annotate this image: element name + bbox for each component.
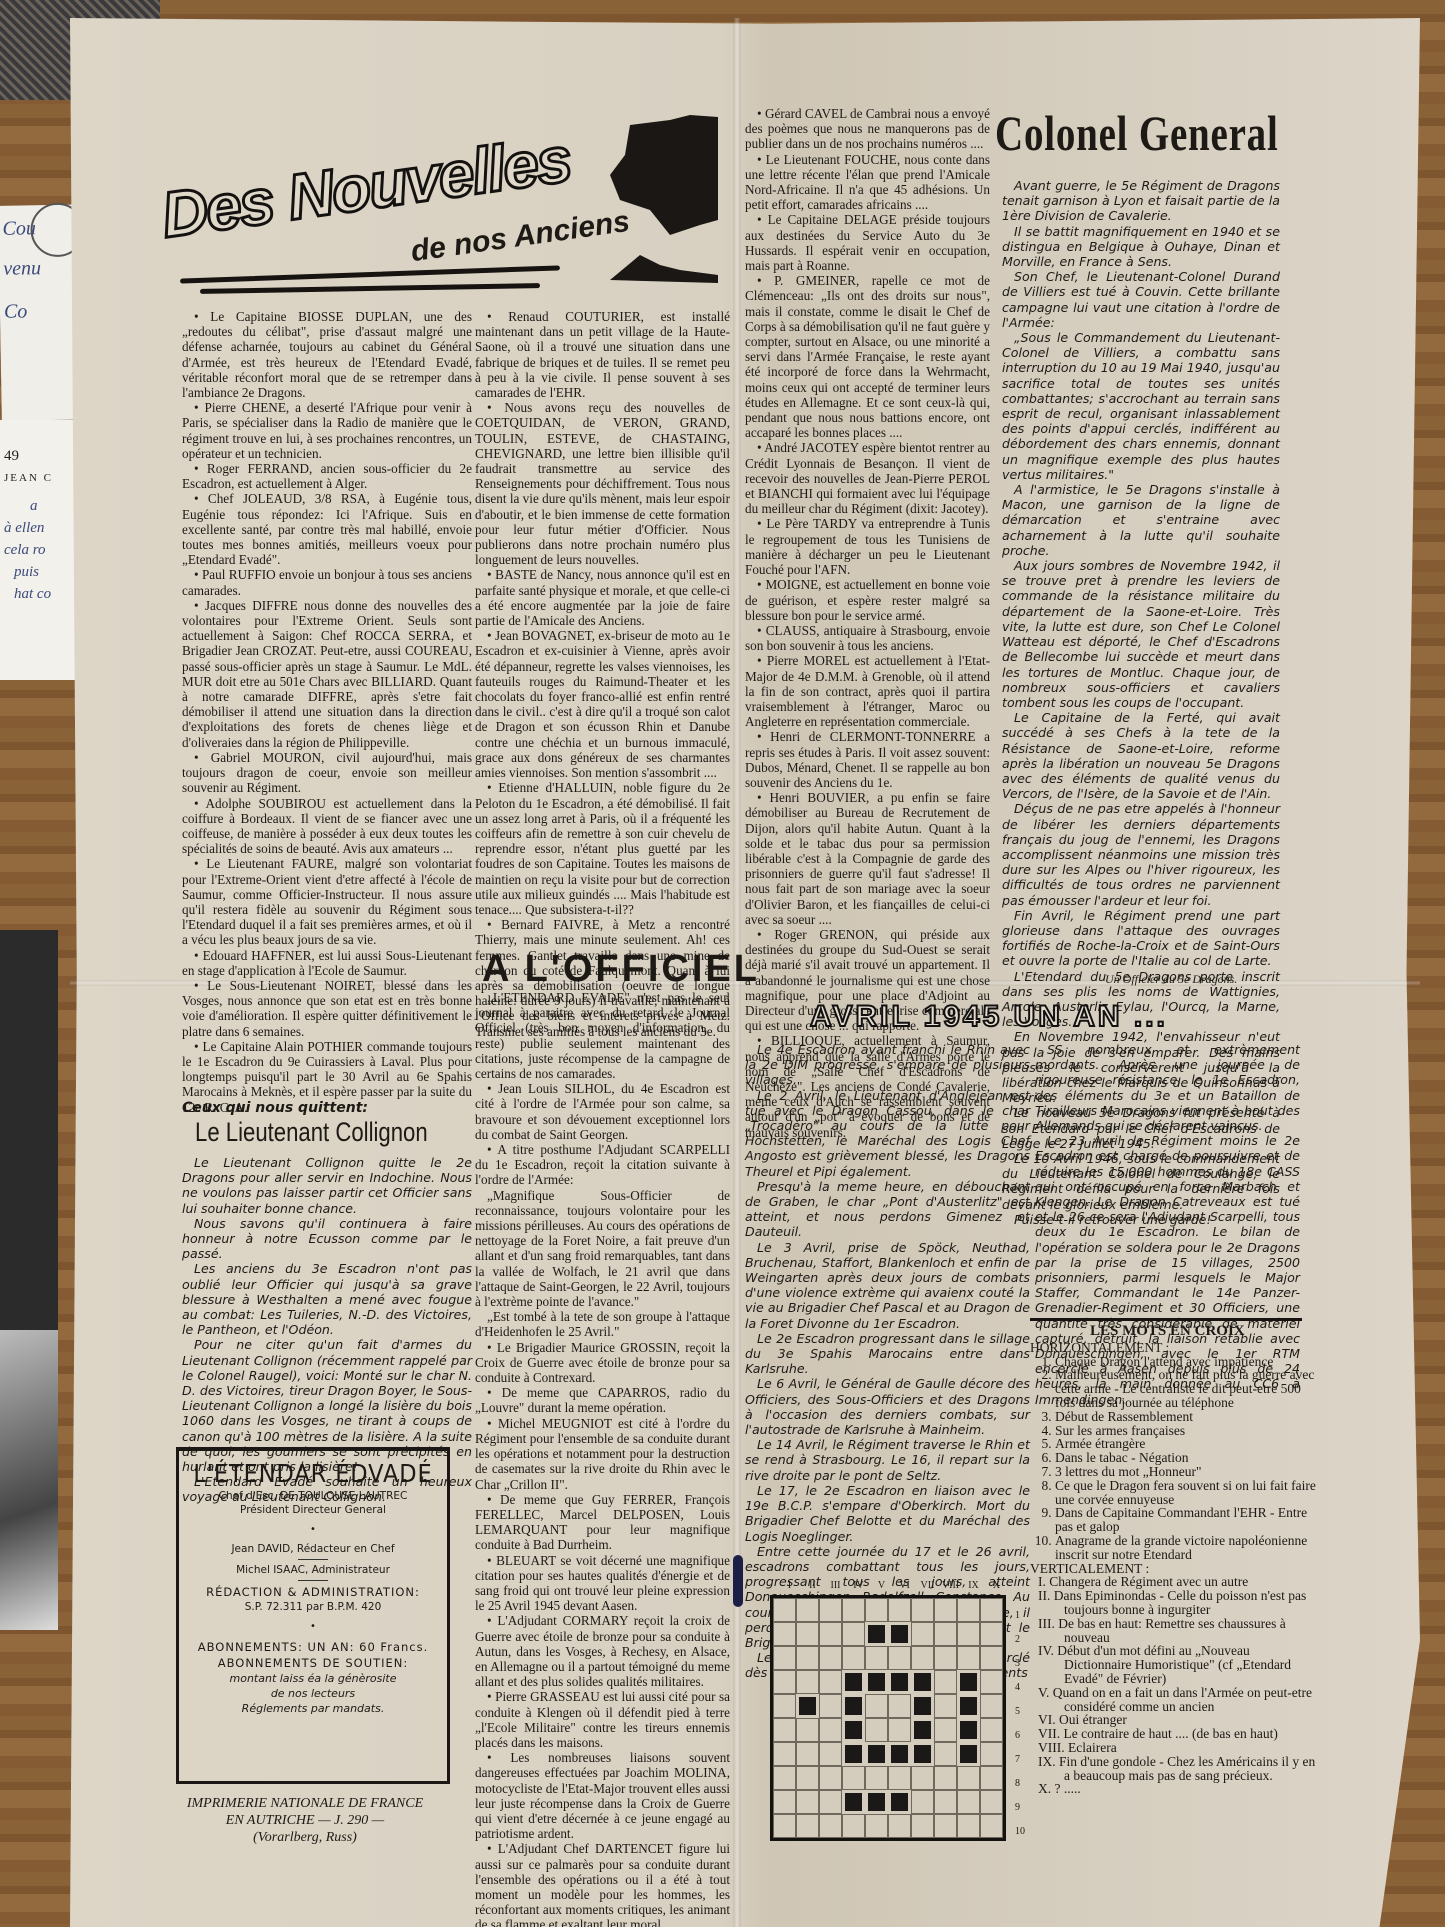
article-signature: Un Officier du 5e Dragons.	[1105, 972, 1237, 987]
crossword-cell[interactable]	[796, 1598, 819, 1622]
crossword-cell[interactable]	[934, 1670, 957, 1694]
paragraph: Le 17, le 2e Escadron en liaison avec le…	[745, 1483, 1030, 1544]
crossword-cell[interactable]	[796, 1790, 819, 1814]
crossword-cell[interactable]	[934, 1718, 957, 1742]
crossword-cell[interactable]	[819, 1598, 842, 1622]
crossword-cell[interactable]	[819, 1718, 842, 1742]
ink-mark	[733, 1555, 743, 1607]
article-heading-avril-1945: AVRIL 1945 UN AN ...	[810, 1000, 1168, 1034]
crossword-cell[interactable]	[796, 1742, 819, 1766]
section-kicker: Ceux qui nous quittent:	[182, 1100, 368, 1116]
payment-note: Réglements par mandats.	[179, 1702, 447, 1715]
crossword-cell[interactable]	[980, 1598, 1003, 1622]
masthead-swoosh	[200, 283, 540, 294]
paragraph: • De meme que Guy FERRER, François FEREL…	[475, 1492, 730, 1553]
crossword-cell[interactable]	[934, 1814, 957, 1838]
crossword-black-cell[interactable]	[842, 1790, 865, 1814]
administrator: Michel ISAAC, Administrateur	[179, 1564, 447, 1576]
clue: VII. Le contraire de haut .... (de bas e…	[1030, 1727, 1320, 1741]
paragraph: Le 2e Escadron progressant dans le silla…	[745, 1331, 1030, 1377]
news-item: • Le Capitaine BIOSSE DUPLAN, une des „r…	[182, 309, 472, 400]
address: S.P. 72.311 par B.P.M. 420	[179, 1601, 447, 1613]
paragraph: Le 14 Avril, le Régiment traverse le Rhi…	[745, 1437, 1030, 1483]
crossword-cell[interactable]	[796, 1814, 819, 1838]
crossword-cell[interactable]	[773, 1670, 796, 1694]
row-label: 3	[1015, 1652, 1025, 1676]
news-item: • Chef JOLEAUD, 3/8 RSA, à Eugénie tous,…	[182, 491, 472, 567]
news-item: • Nous avons reçu des nouvelles de COETQ…	[475, 400, 730, 567]
crossword-black-cell[interactable]	[888, 1622, 911, 1646]
crossword-cell[interactable]	[980, 1814, 1003, 1838]
column-label: V	[870, 1580, 893, 1591]
crossword-cell[interactable]	[888, 1694, 911, 1718]
column-label: IX	[962, 1580, 985, 1591]
paragraph: SS nombreux et extrèmement mordants. Apr…	[1035, 1042, 1300, 1133]
clue: Armée étrangère	[1055, 1437, 1320, 1451]
crossword-cell[interactable]	[957, 1790, 980, 1814]
news-item: • André JACOTEY espère bientot rentrer a…	[745, 440, 990, 516]
crossword-cell[interactable]	[773, 1814, 796, 1838]
clue: VIII. Eclairera	[1030, 1741, 1320, 1755]
director: Chef d'Esc. DE TOULOUSE LAUTREC	[179, 1490, 447, 1502]
paragraph: „L'ETENDARD EVADE" n'est pas le seul jou…	[475, 990, 730, 1081]
paragraph: Avant guerre, le 5e Régiment de Dragons …	[1002, 178, 1280, 224]
row-label: 6	[1015, 1724, 1025, 1748]
director-role: Président Directeur General	[179, 1504, 447, 1516]
clue: Chaque Dragon l'attend avec impatience	[1055, 1355, 1320, 1369]
crossword-cell[interactable]	[773, 1742, 796, 1766]
masthead-subtitle: de nos Anciens	[409, 205, 632, 269]
paragraph: Le 4e Escadron ayant franchi le Rhin ave…	[745, 1042, 1030, 1088]
news-item: • Le Lieutenant FAURE, malgré son volont…	[182, 856, 472, 947]
crossword-cell[interactable]	[773, 1646, 796, 1670]
crossword-cell[interactable]	[980, 1742, 1003, 1766]
publication-masthead-box: L'ÉTENDAR ÉDVADÉ Chef d'Esc. DE TOULOUSE…	[176, 1447, 450, 1784]
crossword-cell[interactable]	[911, 1814, 934, 1838]
crossword-cell[interactable]	[934, 1646, 957, 1670]
article-heading-collignon: Le Lieutenant Collignon	[195, 1117, 428, 1148]
clue: II. Dans Epiminondas - Celle du poisson …	[1030, 1589, 1320, 1617]
crossword-black-cell[interactable]	[865, 1742, 888, 1766]
column-label: X	[985, 1580, 1008, 1591]
column-label: VI	[893, 1580, 916, 1591]
news-item: • Le Sous-Lieutenant NOIRET, blessé dans…	[182, 978, 472, 1039]
crossword-black-cell[interactable]	[842, 1742, 865, 1766]
crossword-cell[interactable]	[773, 1598, 796, 1622]
column-news-1: • Le Capitaine BIOSSE DUPLAN, une des „r…	[182, 309, 472, 1115]
crossword-cell[interactable]	[796, 1670, 819, 1694]
crossword-cell[interactable]	[911, 1598, 934, 1622]
row-label: 4	[1015, 1676, 1025, 1700]
paragraph: Le 3 Avril, prise de Spöck, Neuthad, Bru…	[745, 1240, 1030, 1331]
news-item: • Jacques DIFFRE nous donne des nouvelle…	[182, 598, 472, 750]
imprint-line: IMPRIMERIE NATIONALE DE FRANCE	[160, 1795, 450, 1812]
crossword-clues: LES MOTS EN CROIX HORIZONTALEMENT : Chaq…	[1030, 1325, 1320, 1796]
crossword-cell[interactable]	[819, 1646, 842, 1670]
crossword-black-cell[interactable]	[957, 1694, 980, 1718]
crossword-cell[interactable]	[819, 1742, 842, 1766]
crossword-cell[interactable]	[957, 1766, 980, 1790]
crossword-cell[interactable]	[796, 1718, 819, 1742]
crossword-cell[interactable]	[911, 1622, 934, 1646]
news-item: • Gérard CAVEL de Cambrai nous a envoyé …	[745, 106, 990, 152]
row-label: 9	[1015, 1796, 1025, 1820]
crossword-black-cell[interactable]	[957, 1742, 980, 1766]
news-item: • Adolphe SOUBIROU est actuellement dans…	[182, 796, 472, 857]
column-label: VII	[916, 1580, 939, 1591]
paragraph: • Michel MEUGNIOT est cité à l'ordre du …	[475, 1416, 730, 1492]
column-label: VIII	[939, 1580, 962, 1591]
crossword-black-cell[interactable]	[865, 1622, 888, 1646]
news-item: • Paul RUFFIO envoie un bonjour à tous s…	[182, 567, 472, 597]
crossword-cell[interactable]	[980, 1718, 1003, 1742]
crossword-cell[interactable]	[957, 1622, 980, 1646]
photograph-edge	[0, 1330, 58, 1630]
crossword-cell[interactable]	[980, 1646, 1003, 1670]
address-label: RÉDACTION & ADMINISTRATION:	[179, 1585, 447, 1599]
paragraph: Nous savons qu'il continuera à faire hon…	[182, 1216, 472, 1262]
crossword-cell[interactable]	[842, 1766, 865, 1790]
paragraph: Le 6 Avril, le Général de Gaulle décore …	[745, 1376, 1030, 1437]
crossword-black-cell[interactable]	[911, 1670, 934, 1694]
crossword-cell[interactable]	[911, 1766, 934, 1790]
crossword-cell[interactable]	[865, 1598, 888, 1622]
paragraph: Le 2 Avril, le Lieutenant d'Anglejean es…	[745, 1088, 1030, 1179]
news-item: • Pierre CHENE, a deserté l'Afrique pour…	[182, 400, 472, 461]
crossword-black-cell[interactable]	[957, 1670, 980, 1694]
crossword-cell[interactable]	[934, 1694, 957, 1718]
subscription-price: ABONNEMENTS: UN AN: 60 Francs.	[179, 1640, 447, 1654]
bullet: •	[179, 1524, 447, 1535]
news-item: • Le Capitaine DELAGE préside toujours a…	[745, 212, 990, 273]
column-label: II	[801, 1580, 824, 1591]
clue: 3 lettres du mot „Honneur"	[1055, 1465, 1320, 1479]
crossword-grid	[770, 1595, 1006, 1841]
paragraph: Son Chef, le Lieutenant-Colonel Durand d…	[1002, 269, 1280, 330]
publication-name: L'ÉTENDAR ÉDVADÉ	[192, 1459, 433, 1488]
clue: I. Changera de Régiment avec un autre	[1030, 1575, 1320, 1589]
paragraph: Aux jours sombres de Novembre 1942, il s…	[1002, 558, 1280, 710]
crossword-cell[interactable]	[773, 1790, 796, 1814]
crossword-cell[interactable]	[865, 1814, 888, 1838]
crossword-cell[interactable]	[980, 1766, 1003, 1790]
crossword-row-labels: 12345678910	[1015, 1604, 1025, 1844]
paragraph: „Magnifique Sous-Officier de reconnaissa…	[475, 1188, 730, 1310]
crossword-cell[interactable]	[865, 1694, 888, 1718]
news-item: • Jean BOVAGNET, ex-briseur de moto au 1…	[475, 628, 730, 780]
crossword-column-labels: IIIIIIIVVVIVIIVIIIIXX	[778, 1580, 1008, 1591]
crossword-black-cell[interactable]	[911, 1742, 934, 1766]
france-map-icon	[600, 115, 720, 285]
row-label: 8	[1015, 1772, 1025, 1796]
crossword-cell[interactable]	[888, 1598, 911, 1622]
crossword-cell[interactable]	[842, 1622, 865, 1646]
editor: Jean DAVID, Rédacteur en Chef	[179, 1543, 447, 1555]
crossword-cell[interactable]	[773, 1718, 796, 1742]
imprint-line: EN AUTRICHE — J. 290 —	[160, 1812, 450, 1829]
news-item: • Etienne d'HALLUIN, noble figure du 2e …	[475, 780, 730, 917]
crossword-cell[interactable]	[957, 1598, 980, 1622]
crossword-black-cell[interactable]	[957, 1718, 980, 1742]
news-item: • CLAUSS, antiquaire à Strasbourg, envoi…	[745, 623, 990, 653]
crossword-black-cell[interactable]	[911, 1694, 934, 1718]
crossword-cell[interactable]	[796, 1766, 819, 1790]
article-heading-officiel: A L'OFFICIEL	[482, 948, 760, 991]
paragraph: • Pierre GRASSEAU est lui aussi cité pou…	[475, 1689, 730, 1750]
column-label: III	[824, 1580, 847, 1591]
crossword-cell[interactable]	[773, 1766, 796, 1790]
crossword-cell[interactable]	[957, 1814, 980, 1838]
vertical-label: VERTICALEMENT :	[1030, 1562, 1320, 1576]
crossword-cell[interactable]	[796, 1622, 819, 1646]
news-item: • BASTE de Nancy, nous annonce qu'il est…	[475, 567, 730, 628]
crossword-cell[interactable]	[911, 1646, 934, 1670]
crossword-cell[interactable]	[819, 1766, 842, 1790]
crossword-cell[interactable]	[865, 1718, 888, 1742]
masthead-swoosh	[180, 265, 560, 283]
crossword-black-cell[interactable]	[842, 1718, 865, 1742]
paragraph: • BLEUART se voit décerné une magnifique…	[475, 1553, 730, 1614]
crossword-cell[interactable]	[934, 1766, 957, 1790]
crossword-cell[interactable]	[773, 1622, 796, 1646]
crossword-cell[interactable]	[842, 1814, 865, 1838]
support-text: montant laiss éa la génèrosite	[179, 1672, 447, 1685]
crossword-black-cell[interactable]	[911, 1718, 934, 1742]
article-officiel: „L'ETENDARD EVADE" n'est pas le seul jou…	[475, 990, 730, 1927]
crossword-title: LES MOTS EN CROIX	[1090, 1325, 1320, 1339]
clue: Anagrame de la grande victoire napoléoni…	[1055, 1534, 1320, 1562]
crossword-cell[interactable]	[842, 1646, 865, 1670]
crossword-black-cell[interactable]	[865, 1670, 888, 1694]
clue: VI. Oui étranger	[1030, 1713, 1320, 1727]
news-item: • MOIGNE, est actuellement en bonne voie…	[745, 577, 990, 623]
crossword-cell[interactable]	[819, 1790, 842, 1814]
crossword-cell[interactable]	[888, 1718, 911, 1742]
crossword-cell[interactable]	[980, 1622, 1003, 1646]
paragraph: • Les nombreuses liaisons souvent danger…	[475, 1750, 730, 1841]
bullet: •	[179, 1621, 447, 1632]
clue: Sur les armes françaises	[1055, 1424, 1320, 1438]
news-item: • Pierre MOREL est actuellement à l'Etat…	[745, 653, 990, 729]
crossword-black-cell[interactable]	[796, 1694, 819, 1718]
crossword-black-cell[interactable]	[842, 1694, 865, 1718]
paragraph: Le Capitaine de la Ferté, qui avait succ…	[1002, 710, 1280, 801]
crossword-cell[interactable]	[957, 1646, 980, 1670]
paragraph: A l'armistice, le 5e Dragons s'installe …	[1002, 482, 1280, 558]
clue: X. ? .....	[1030, 1782, 1320, 1796]
crossword-black-cell[interactable]	[888, 1790, 911, 1814]
section-border	[1030, 1318, 1302, 1321]
crossword-cell[interactable]	[842, 1598, 865, 1622]
crossword-cell[interactable]	[865, 1646, 888, 1670]
crossword-cell[interactable]	[934, 1790, 957, 1814]
column-label: IV	[847, 1580, 870, 1591]
column-label: I	[778, 1580, 801, 1591]
row-label: 10	[1015, 1820, 1025, 1844]
row-label: 7	[1015, 1748, 1025, 1772]
divider	[298, 1559, 328, 1560]
crossword-cell[interactable]	[888, 1814, 911, 1838]
clue: Dans le tabac - Négation	[1055, 1451, 1320, 1465]
paragraph: Les anciens du 3e Escadron n'ont pas oub…	[182, 1261, 472, 1337]
column-news-2: • Renaud COUTURIER, est installé mainten…	[475, 309, 730, 1039]
crossword-cell[interactable]	[911, 1790, 934, 1814]
clue: Malheureusement, on ne fait plus la guer…	[1055, 1368, 1320, 1409]
crossword-cell[interactable]	[819, 1622, 842, 1646]
crossword-black-cell[interactable]	[842, 1670, 865, 1694]
news-item: • Le Lieutenant FOUCHE, nous conte dans …	[745, 152, 990, 213]
crossword-cell[interactable]	[980, 1670, 1003, 1694]
paragraph: Presqu'à la meme heure, en débouchant de…	[745, 1179, 1030, 1240]
crossword-cell[interactable]	[865, 1766, 888, 1790]
news-item: • Roger FERRAND, ancien sous-officier du…	[182, 461, 472, 491]
news-item: • Edouard HAFFNER, est lui aussi Sous-Li…	[182, 948, 472, 978]
paragraph: Il se battit magnifiquement en 1940 et s…	[1002, 224, 1280, 270]
clue: Début de Rassemblement	[1055, 1410, 1320, 1424]
paragraph: Fin Avril, le Régiment prend une part gl…	[1002, 908, 1280, 969]
news-item: • Renaud COUTURIER, est installé mainten…	[475, 309, 730, 400]
crossword-cell[interactable]	[819, 1814, 842, 1838]
crossword-black-cell[interactable]	[865, 1790, 888, 1814]
paragraph: Déçus de ne pas etre appelés à l'honneur…	[1002, 801, 1280, 907]
crossword-cell[interactable]	[819, 1694, 842, 1718]
paragraph: „Sous le Commandement du Lieutenant-Colo…	[1002, 330, 1280, 482]
paragraph: • De meme que CAPARROS, radio du „Louvre…	[475, 1385, 730, 1415]
crossword-cell[interactable]	[819, 1670, 842, 1694]
support-label: ABONNEMENTS DE SOUTIEN:	[179, 1656, 447, 1670]
crossword-black-cell[interactable]	[888, 1670, 911, 1694]
clue: V. Quand on en a fait un dans l'Armée on…	[1030, 1686, 1320, 1714]
divider	[298, 1580, 328, 1581]
vertical-clues: I. Changera de Régiment avec un autreII.…	[1030, 1575, 1320, 1796]
paragraph: • A titre posthume l'Adjudant SCARPELLI …	[475, 1142, 730, 1188]
horizontal-label: HORIZONTALEMENT :	[1030, 1341, 1320, 1355]
crossword-cell[interactable]	[934, 1742, 957, 1766]
crossword-cell[interactable]	[888, 1646, 911, 1670]
crossword-cell[interactable]	[796, 1646, 819, 1670]
clue: IX. Fin d'une gondole - Chez les América…	[1030, 1755, 1320, 1783]
news-item: • Henri de CLERMONT-TONNERRE a repris se…	[745, 729, 990, 790]
news-item: • Le Père TARDY va entreprendre à Tunis …	[745, 516, 990, 577]
paragraph: Le Lieutenant Collignon quitte le 2e Dra…	[182, 1155, 472, 1216]
imprint-line: (Vorarlberg, Russ)	[160, 1829, 450, 1846]
printer-imprint: IMPRIMERIE NATIONALE DE FRANCE EN AUTRIC…	[160, 1795, 450, 1846]
news-item: • Gabriel MOURON, civil aujourd'hui, mai…	[182, 750, 472, 796]
paragraph: „Est tombé à la tete de son groupe à l'a…	[475, 1309, 730, 1339]
paragraph: • Le Brigadier Maurice GROSSIN, reçoit l…	[475, 1340, 730, 1386]
horizontal-clues: Chaque Dragon l'attend avec impatienceMa…	[1030, 1355, 1320, 1562]
crossword-black-cell[interactable]	[888, 1742, 911, 1766]
crossword-cell[interactable]	[934, 1598, 957, 1622]
crossword-cell[interactable]	[934, 1622, 957, 1646]
row-label: 2	[1015, 1628, 1025, 1652]
paragraph: • L'Adjudant Chef DARTENCET figure lui a…	[475, 1841, 730, 1927]
crossword-puzzle: IIIIIIIVVVIVIIVIIIIXX 12345678910	[770, 1580, 1008, 1841]
paragraph: • Jean Louis SILHOL, du 4e Escadron est …	[475, 1081, 730, 1142]
crossword-cell[interactable]	[773, 1694, 796, 1718]
crossword-cell[interactable]	[888, 1766, 911, 1790]
news-item: • P. GMEINER, rapelle ce mot de Clémence…	[745, 273, 990, 440]
paragraph: • L'Adjudant CORMARY reçoit la croix de …	[475, 1613, 730, 1689]
crossword-cell[interactable]	[980, 1790, 1003, 1814]
support-text: de nos lecteurs	[179, 1687, 447, 1700]
column-news-3: • Gérard CAVEL de Cambrai nous a envoyé …	[745, 106, 990, 1140]
crossword-cell[interactable]	[980, 1694, 1003, 1718]
news-item: • Henri BOUVIER, a pu enfin se faire dém…	[745, 790, 990, 927]
clue: Ce que le Dragon fera souvent si on lui …	[1055, 1479, 1320, 1507]
clue: Dans de Capitaine Commandant l'EHR - Ent…	[1055, 1506, 1320, 1534]
clue: III. De bas en haut: Remettre ses chauss…	[1030, 1617, 1320, 1645]
row-label: 5	[1015, 1700, 1025, 1724]
row-label: 1	[1015, 1604, 1025, 1628]
article-heading-colonel-general: Colonel General	[995, 104, 1279, 162]
clue: IV. Début d'un mot défini au „Nouveau Di…	[1030, 1644, 1320, 1685]
